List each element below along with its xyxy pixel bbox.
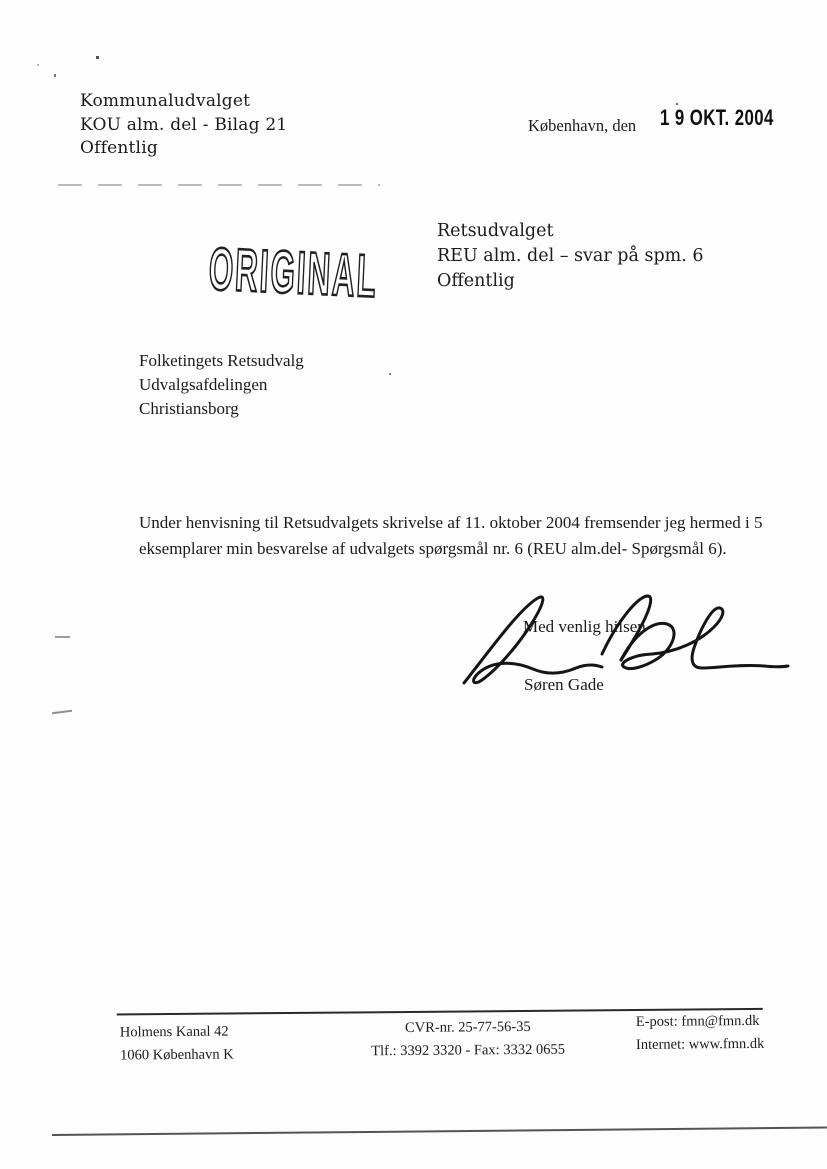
- scan-margin-mark: [52, 710, 72, 714]
- footer-website: Internet: www.fmn.dk: [636, 1032, 765, 1056]
- committee-visibility: Offentlig: [80, 137, 287, 161]
- scan-artifact-dashed-line: [58, 184, 380, 186]
- scan-speck: [37, 64, 39, 66]
- scan-speck: [676, 103, 678, 105]
- scan-margin-mark: [55, 636, 70, 638]
- reference-case: REU alm. del – svar på spm. 6: [437, 244, 704, 269]
- footer-contact-block: CVR-nr. 25-77-56-35 Tlf.: 3392 3320 - Fa…: [352, 1015, 584, 1062]
- scan-speck: [54, 74, 56, 77]
- footer-online-block: E-post: fmn@fmn.dk Internet: www.fmn.dk: [636, 1010, 765, 1056]
- letter-footer: Holmens Kanal 42 1060 København K CVR-nr…: [0, 998, 827, 1085]
- signer-name: Søren Gade: [524, 675, 604, 695]
- original-stamp-text: ORIGINAL: [207, 236, 379, 310]
- original-stamp: ORIGINAL: [204, 233, 387, 313]
- footer-street: Holmens Kanal 42: [120, 1020, 234, 1043]
- reference-committee: Retsudvalget: [437, 219, 704, 244]
- signature-image: [450, 588, 795, 690]
- footer-email: E-post: fmn@fmn.dk: [636, 1010, 765, 1034]
- signature-stroke: [464, 597, 602, 683]
- scanned-letter-page: Kommunaludvalget KOU alm. del - Bilag 21…: [0, 0, 827, 1169]
- committee-header-block: Kommunaludvalget KOU alm. del - Bilag 21…: [80, 90, 287, 161]
- date-stamp: 1 9 OKT. 2004: [660, 106, 774, 132]
- footer-city: 1060 København K: [120, 1043, 234, 1066]
- footer-phone-fax: Tlf.: 3392 3320 - Fax: 3332 0655: [352, 1038, 584, 1063]
- committee-name: Kommunaludvalget: [80, 90, 287, 114]
- addressee-line: Christiansborg: [139, 397, 304, 421]
- footer-address-block: Holmens Kanal 42 1060 København K: [120, 1020, 234, 1066]
- footer-cvr: CVR-nr. 25-77-56-35: [352, 1015, 584, 1040]
- dateline-place-label: København, den: [528, 116, 636, 136]
- reference-block: Retsudvalget REU alm. del – svar på spm.…: [437, 219, 704, 294]
- letter-body: Under henvisning til Retsudvalgets skriv…: [139, 510, 822, 561]
- committee-case-ref: KOU alm. del - Bilag 21: [80, 114, 287, 138]
- addressee-line: Udvalgsafdelingen: [139, 373, 304, 397]
- reference-visibility: Offentlig: [437, 269, 704, 294]
- scan-speck: [389, 373, 391, 375]
- scan-speck: [96, 56, 99, 59]
- addressee-block: Folketingets Retsudvalg Udvalgsafdelinge…: [139, 349, 304, 421]
- addressee-line: Folketingets Retsudvalg: [139, 349, 304, 373]
- scan-bottom-edge-line: [52, 1127, 827, 1136]
